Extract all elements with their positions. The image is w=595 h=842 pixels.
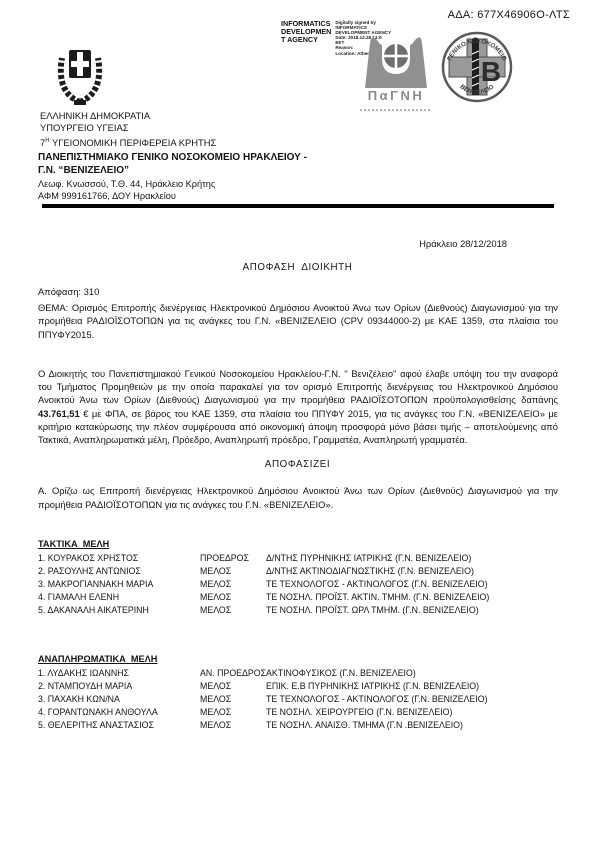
member-row: 5. ΘΕΛΕΡΙΤΗΣ ΑΝΑΣΤΑΣΙΟΣ ΜΕΛΟΣ ΤΕ ΝΟΣΗΛ. … — [38, 719, 568, 732]
member-desc: ΤΕ ΤΕΧΝΟΛΟΓΟΣ - ΑΚΤΙΝΟΛΟΓΟΣ (Γ.Ν. ΒΕΝΙΖΕ… — [266, 693, 568, 706]
member-row: 4. ΓΙΑΜΑΛΗ ΕΛΕΝΗ ΜΕΛΟΣ ΤΕ ΝΟΣΗΛ. ΠΡΟΪΣΤ.… — [38, 591, 568, 604]
region-line: 7Η ΥΓΕΙΟΝΟΜΙΚΗ ΠΕΡΙΦΕΡΕΙΑ ΚΡΗΤΗΣ — [40, 135, 216, 150]
member-role: ΑΝ. ΠΡΟΕΔΡΟΣ — [200, 667, 266, 680]
hospital-address: Λεωφ. Κνωσσού, Τ.Θ. 44, Ηράκλειο Κρήτης — [38, 179, 215, 191]
member-desc: ΤΕ ΝΟΣΗΛ. ΠΡΟΪΣΤ. ΩΡΛ ΤΜΗΜ. (Γ.Ν. ΒΕΝΙΖΕ… — [266, 604, 568, 617]
member-row: 2. ΡΑΣΟΥΛΗΣ ΑΝΤΩΝΙΟΣ ΜΕΛΟΣ Δ/ΝΤΗΣ ΑΚΤΙΝΟ… — [38, 565, 568, 578]
hospital-name-line1: ΠΑΝΕΠΙΣΤΗΜΙΑΚΟ ΓΕΝΙΚΟ ΝΟΣΟΚΟΜΕΙΟ ΗΡΑΚΛΕΙ… — [38, 152, 307, 165]
member-desc: Δ/ΝΤΗΣ ΠΥΡΗΝΙΚΗΣ ΙΑΤΡΙΚΗΣ (Γ.Ν. ΒΕΝΙΖΕΛΕ… — [266, 552, 568, 565]
document-title: ΑΠΟΦΑΣΗ ΔΙΟΙΚΗΤΗ — [0, 262, 595, 273]
venizeleio-logo: B ΓΕΝΙΚΟ ΝΟΣΟΚΟΜΕΙΟ ΒΕΝΙΖΕΛΕΙΟ — [438, 27, 516, 112]
member-row: 1. ΛΥΔΑΚΗΣ ΙΩΑΝΝΗΣ ΑΝ. ΠΡΟΕΔΡΟΣ ΑΚΤΙΝΟΦΥ… — [38, 667, 568, 680]
member-row: 1. ΚΟΥΡΑΚΟΣ ΧΡΗΣΤΟΣ ΠΡΟΕΔΡΟΣ Δ/ΝΤΗΣ ΠΥΡΗ… — [38, 552, 568, 565]
body-paragraph: Ο Διοικητής του Πανεπιστημιακού Γενικού … — [38, 367, 558, 446]
decides-heading: ΑΠΟΦΑΣΙΖΕΙ — [0, 459, 595, 470]
member-name: 5. ΘΕΛΕΡΙΤΗΣ ΑΝΑΣΤΑΣΙΟΣ — [38, 719, 200, 732]
member-desc: ΤΕ ΝΟΣΗΛ. ΠΡΟΪΣΤ. ΑΚΤΙΝ. ΤΜΗΜ. (Γ.Ν. ΒΕΝ… — [266, 591, 568, 604]
pagni-logo-icon: ΠαΓΝΗ — [360, 31, 432, 103]
member-desc: ΤΕ ΤΕΧΝΟΛΟΓΟΣ - ΑΚΤΙΝΟΛΟΓΟΣ (Γ.Ν. ΒΕΝΙΖΕ… — [266, 578, 568, 591]
member-desc: ΤΕ ΝΟΣΗΛ. ΧΕΙΡΟΥΡΓΕΙΟ (Γ.Ν. ΒΕΝΙΖΕΛΕΙΟ) — [266, 706, 568, 719]
pagni-logo-label: ΠαΓΝΗ — [368, 88, 424, 103]
alternate-members-title: ΑΝΑΠΛΗΡΩΜΑΤΙΚΑ ΜΕΛΗ — [38, 654, 568, 664]
government-header: ΕΛΛΗΝΙΚΗ ΔΗΜΟΚΡΑΤΙΑ ΥΠΟΥΡΓΕΙΟ ΥΓΕΙΑΣ 7Η … — [40, 110, 216, 149]
body-part2: € με ΦΠΑ, σε βάρος του ΚΑΕ 1359, στα πλα… — [38, 408, 558, 445]
republic-line: ΕΛΛΗΝΙΚΗ ΔΗΜΟΚΡΑΤΙΑ — [40, 110, 216, 122]
venizeleio-logo-icon: B ΓΕΝΙΚΟ ΝΟΣΟΚΟΜΕΙΟ ΒΕΝΙΖΕΛΕΙΟ — [438, 27, 516, 107]
member-name: 1. ΚΟΥΡΑΚΟΣ ΧΡΗΣΤΟΣ — [38, 552, 200, 565]
hospital-tax-line: ΑΦΜ 999161766, ΔΟΥ Ηρακλείου — [38, 191, 215, 203]
member-row: 3. ΠΑΧΑΚΗ ΚΩΝ/ΝΑ ΜΕΛΟΣ ΤΕ ΤΕΧΝΟΛΟΓΟΣ - Α… — [38, 693, 568, 706]
decision-a-paragraph: Α. Ορίζω ως Επιτροπή διενέργειας Ηλεκτρο… — [38, 484, 558, 511]
member-role: ΜΕΛΟΣ — [200, 565, 266, 578]
member-name: 5. ΔΑΚΑΝΑΛΗ ΑΙΚΑΤΕΡΙΝΗ — [38, 604, 200, 617]
member-name: 2. ΝΤΑΜΠΟΥΔΗ ΜΑΡΙΑ — [38, 680, 200, 693]
signature-agency-name: INFORMATICS DEVELOPMEN T AGENCY — [281, 20, 331, 43]
regular-members-title: ΤΑΚΤΙΚΑ ΜΕΛΗ — [38, 539, 568, 549]
regular-members-section: ΤΑΚΤΙΚΑ ΜΕΛΗ 1. ΚΟΥΡΑΚΟΣ ΧΡΗΣΤΟΣ ΠΡΟΕΔΡΟ… — [38, 539, 568, 617]
member-role: ΜΕΛΟΣ — [200, 719, 266, 732]
member-name: 4. ΓΙΑΜΑΛΗ ΕΛΕΝΗ — [38, 591, 200, 604]
member-desc: ΤΕ ΝΟΣΗΛ. ΑΝΑΙΣΘ. ΤΜΗΜΑ (Γ.Ν .ΒΕΝΙΖΕΛΕΙΟ… — [266, 719, 568, 732]
alternate-members-section: ΑΝΑΠΛΗΡΩΜΑΤΙΚΑ ΜΕΛΗ 1. ΛΥΔΑΚΗΣ ΙΩΑΝΝΗΣ Α… — [38, 654, 568, 732]
greek-emblem-icon — [52, 42, 108, 111]
header-divider — [42, 204, 554, 208]
member-role: ΜΕΛΟΣ — [200, 578, 266, 591]
member-role: ΜΕΛΟΣ — [200, 591, 266, 604]
member-name: 4. ΓΟΡΑΝΤΩΝΑΚΗ ΑΝΘΟΥΛΑ — [38, 706, 200, 719]
member-name: 3. ΜΑΚΡΟΓΙΑΝΝΑΚΗ ΜΑΡΙΑ — [38, 578, 200, 591]
stamp-dotted-line — [360, 109, 430, 111]
member-row: 5. ΔΑΚΑΝΑΛΗ ΑΙΚΑΤΕΡΙΝΗ ΜΕΛΟΣ ΤΕ ΝΟΣΗΛ. Π… — [38, 604, 568, 617]
member-desc: ΕΠΙΚ. Ε.Β ΠΥΡΗΝΙΚΗΣ ΙΑΤΡΙΚΗΣ (Γ.Ν. ΒΕΝΙΖ… — [266, 680, 568, 693]
venizeleio-logo-letter: B — [481, 56, 501, 87]
regular-members-list: 1. ΚΟΥΡΑΚΟΣ ΧΡΗΣΤΟΣ ΠΡΟΕΔΡΟΣ Δ/ΝΤΗΣ ΠΥΡΗ… — [38, 552, 568, 617]
member-role: ΠΡΟΕΔΡΟΣ — [200, 552, 266, 565]
member-name: 3. ΠΑΧΑΚΗ ΚΩΝ/ΝΑ — [38, 693, 200, 706]
hospital-contact: Λεωφ. Κνωσσού, Τ.Θ. 44, Ηράκλειο Κρήτης … — [38, 179, 215, 202]
pagni-logo: ΠαΓΝΗ — [360, 31, 432, 111]
hospital-name-line2: Γ.Ν. “ΒΕΝΙΖΕΛΕΙΟ” — [38, 165, 307, 178]
place-date-line: Ηράκλειο 28/12/2018 — [419, 238, 507, 249]
member-row: 2. ΝΤΑΜΠΟΥΔΗ ΜΑΡΙΑ ΜΕΛΟΣ ΕΠΙΚ. Ε.Β ΠΥΡΗΝ… — [38, 680, 568, 693]
member-desc: Δ/ΝΤΗΣ ΑΚΤΙΝΟΔΙΑΓΝΩΣΤΙΚΗΣ (Γ.Ν. ΒΕΝΙΖΕΛΕ… — [266, 565, 568, 578]
member-name: 1. ΛΥΔΑΚΗΣ ΙΩΑΝΝΗΣ — [38, 667, 200, 680]
member-desc: ΑΚΤΙΝΟΦΥΣΙΚΟΣ (Γ.Ν. ΒΕΝΙΖΕΛΕΙΟ) — [266, 667, 568, 680]
ada-code: ΑΔΑ: 677Χ46906Ο-ΛΤΣ — [448, 9, 570, 21]
document-page: ΑΔΑ: 677Χ46906Ο-ΛΤΣ INFORMATICS DEVELOPM… — [0, 0, 595, 842]
decision-number: Απόφαση: 310 — [38, 286, 99, 297]
member-row: 3. ΜΑΚΡΟΓΙΑΝΝΑΚΗ ΜΑΡΙΑ ΜΕΛΟΣ ΤΕ ΤΕΧΝΟΛΟΓ… — [38, 578, 568, 591]
member-role: ΜΕΛΟΣ — [200, 680, 266, 693]
member-role: ΜΕΛΟΣ — [200, 604, 266, 617]
member-row: 4. ΓΟΡΑΝΤΩΝΑΚΗ ΑΝΘΟΥΛΑ ΜΕΛΟΣ ΤΕ ΝΟΣΗΛ. Χ… — [38, 706, 568, 719]
ministry-line: ΥΠΟΥΡΓΕΙΟ ΥΓΕΙΑΣ — [40, 122, 216, 134]
member-role: ΜΕΛΟΣ — [200, 693, 266, 706]
member-role: ΜΕΛΟΣ — [200, 706, 266, 719]
budget-amount: 43.761,51 — [38, 408, 80, 419]
body-part1: Ο Διοικητής του Πανεπιστημιακού Γενικού … — [38, 368, 558, 405]
subject-paragraph: ΘΕΜΑ: Ορισμός Επιτροπής διενέργειας Ηλεκ… — [38, 301, 558, 341]
alternate-members-list: 1. ΛΥΔΑΚΗΣ ΙΩΑΝΝΗΣ ΑΝ. ΠΡΟΕΔΡΟΣ ΑΚΤΙΝΟΦΥ… — [38, 667, 568, 732]
member-name: 2. ΡΑΣΟΥΛΗΣ ΑΝΤΩΝΙΟΣ — [38, 565, 200, 578]
hospital-name: ΠΑΝΕΠΙΣΤΗΜΙΑΚΟ ΓΕΝΙΚΟ ΝΟΣΟΚΟΜΕΙΟ ΗΡΑΚΛΕΙ… — [38, 152, 307, 177]
